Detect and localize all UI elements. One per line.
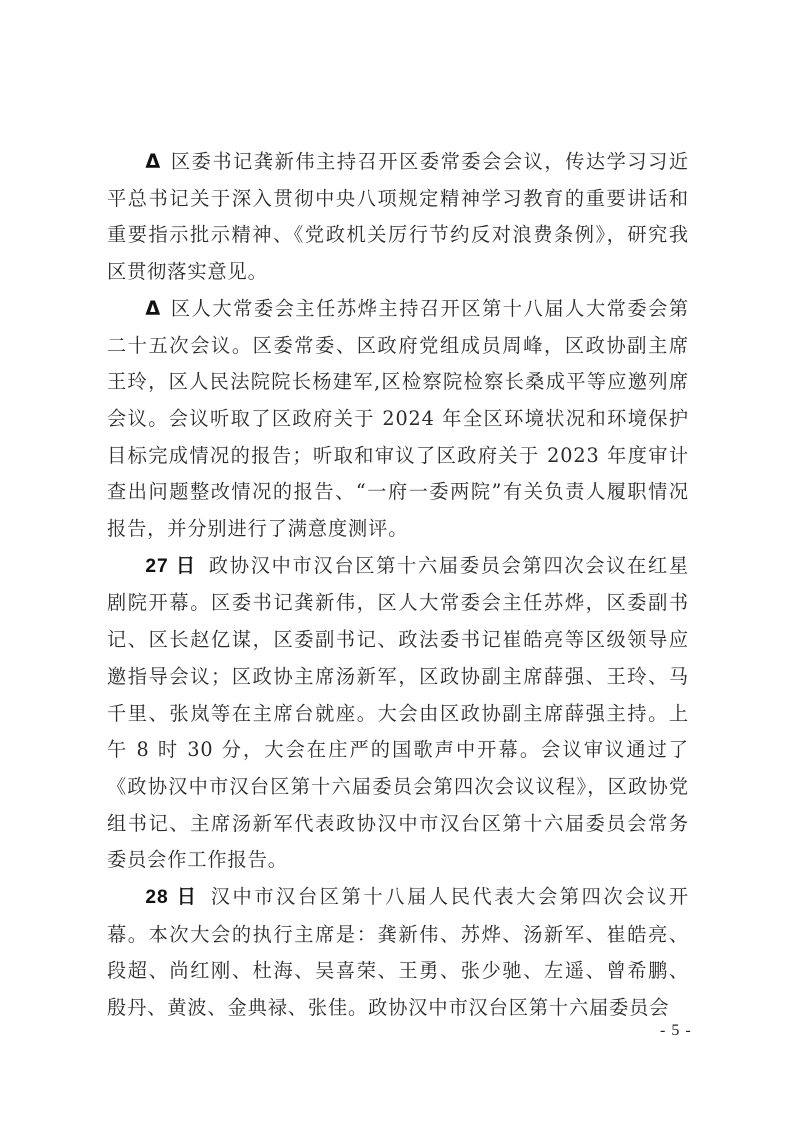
document-body: Δ区委书记龚新伟主持召开区委常委会会议，传达学习习近平总书记关于深入贯彻中央八项… [107,144,689,1027]
page-number: - 5 - [660,1022,692,1040]
paragraph-text: 区委书记龚新伟主持召开区委常委会会议，传达学习习近平总书记关于深入贯彻中央八项规… [107,150,689,283]
paragraph-npc-standing-committee: Δ区人大常委会主任苏烨主持召开区第十八届人大常委会第二十五次会议。区委常委、区政… [107,291,689,548]
triangle-bullet-icon: Δ [145,297,160,320]
paragraph-meeting-standing-committee: Δ区委书记龚新伟主持召开区委常委会会议，传达学习习近平总书记关于深入贯彻中央八项… [107,144,689,291]
date-label: 27 日 [145,556,197,577]
date-label: 28 日 [145,887,198,908]
triangle-bullet-icon: Δ [145,150,160,173]
paragraph-text: 区人大常委会主任苏烨主持召开区第十八届人大常委会第二十五次会议。区委常委、区政府… [107,297,689,540]
paragraph-text: 政协汉中市汉台区第十六届委员会第四次会议在红星剧院开幕。区委书记龚新伟，区人大常… [107,554,689,872]
paragraph-day-28: 28 日汉中市汉台区第十八届人民代表大会第四次会议开幕。本次大会的执行主席是：龚… [107,879,689,1027]
paragraph-day-27: 27 日政协汉中市汉台区第十六届委员会第四次会议在红星剧院开幕。区委书记龚新伟，… [107,548,689,879]
